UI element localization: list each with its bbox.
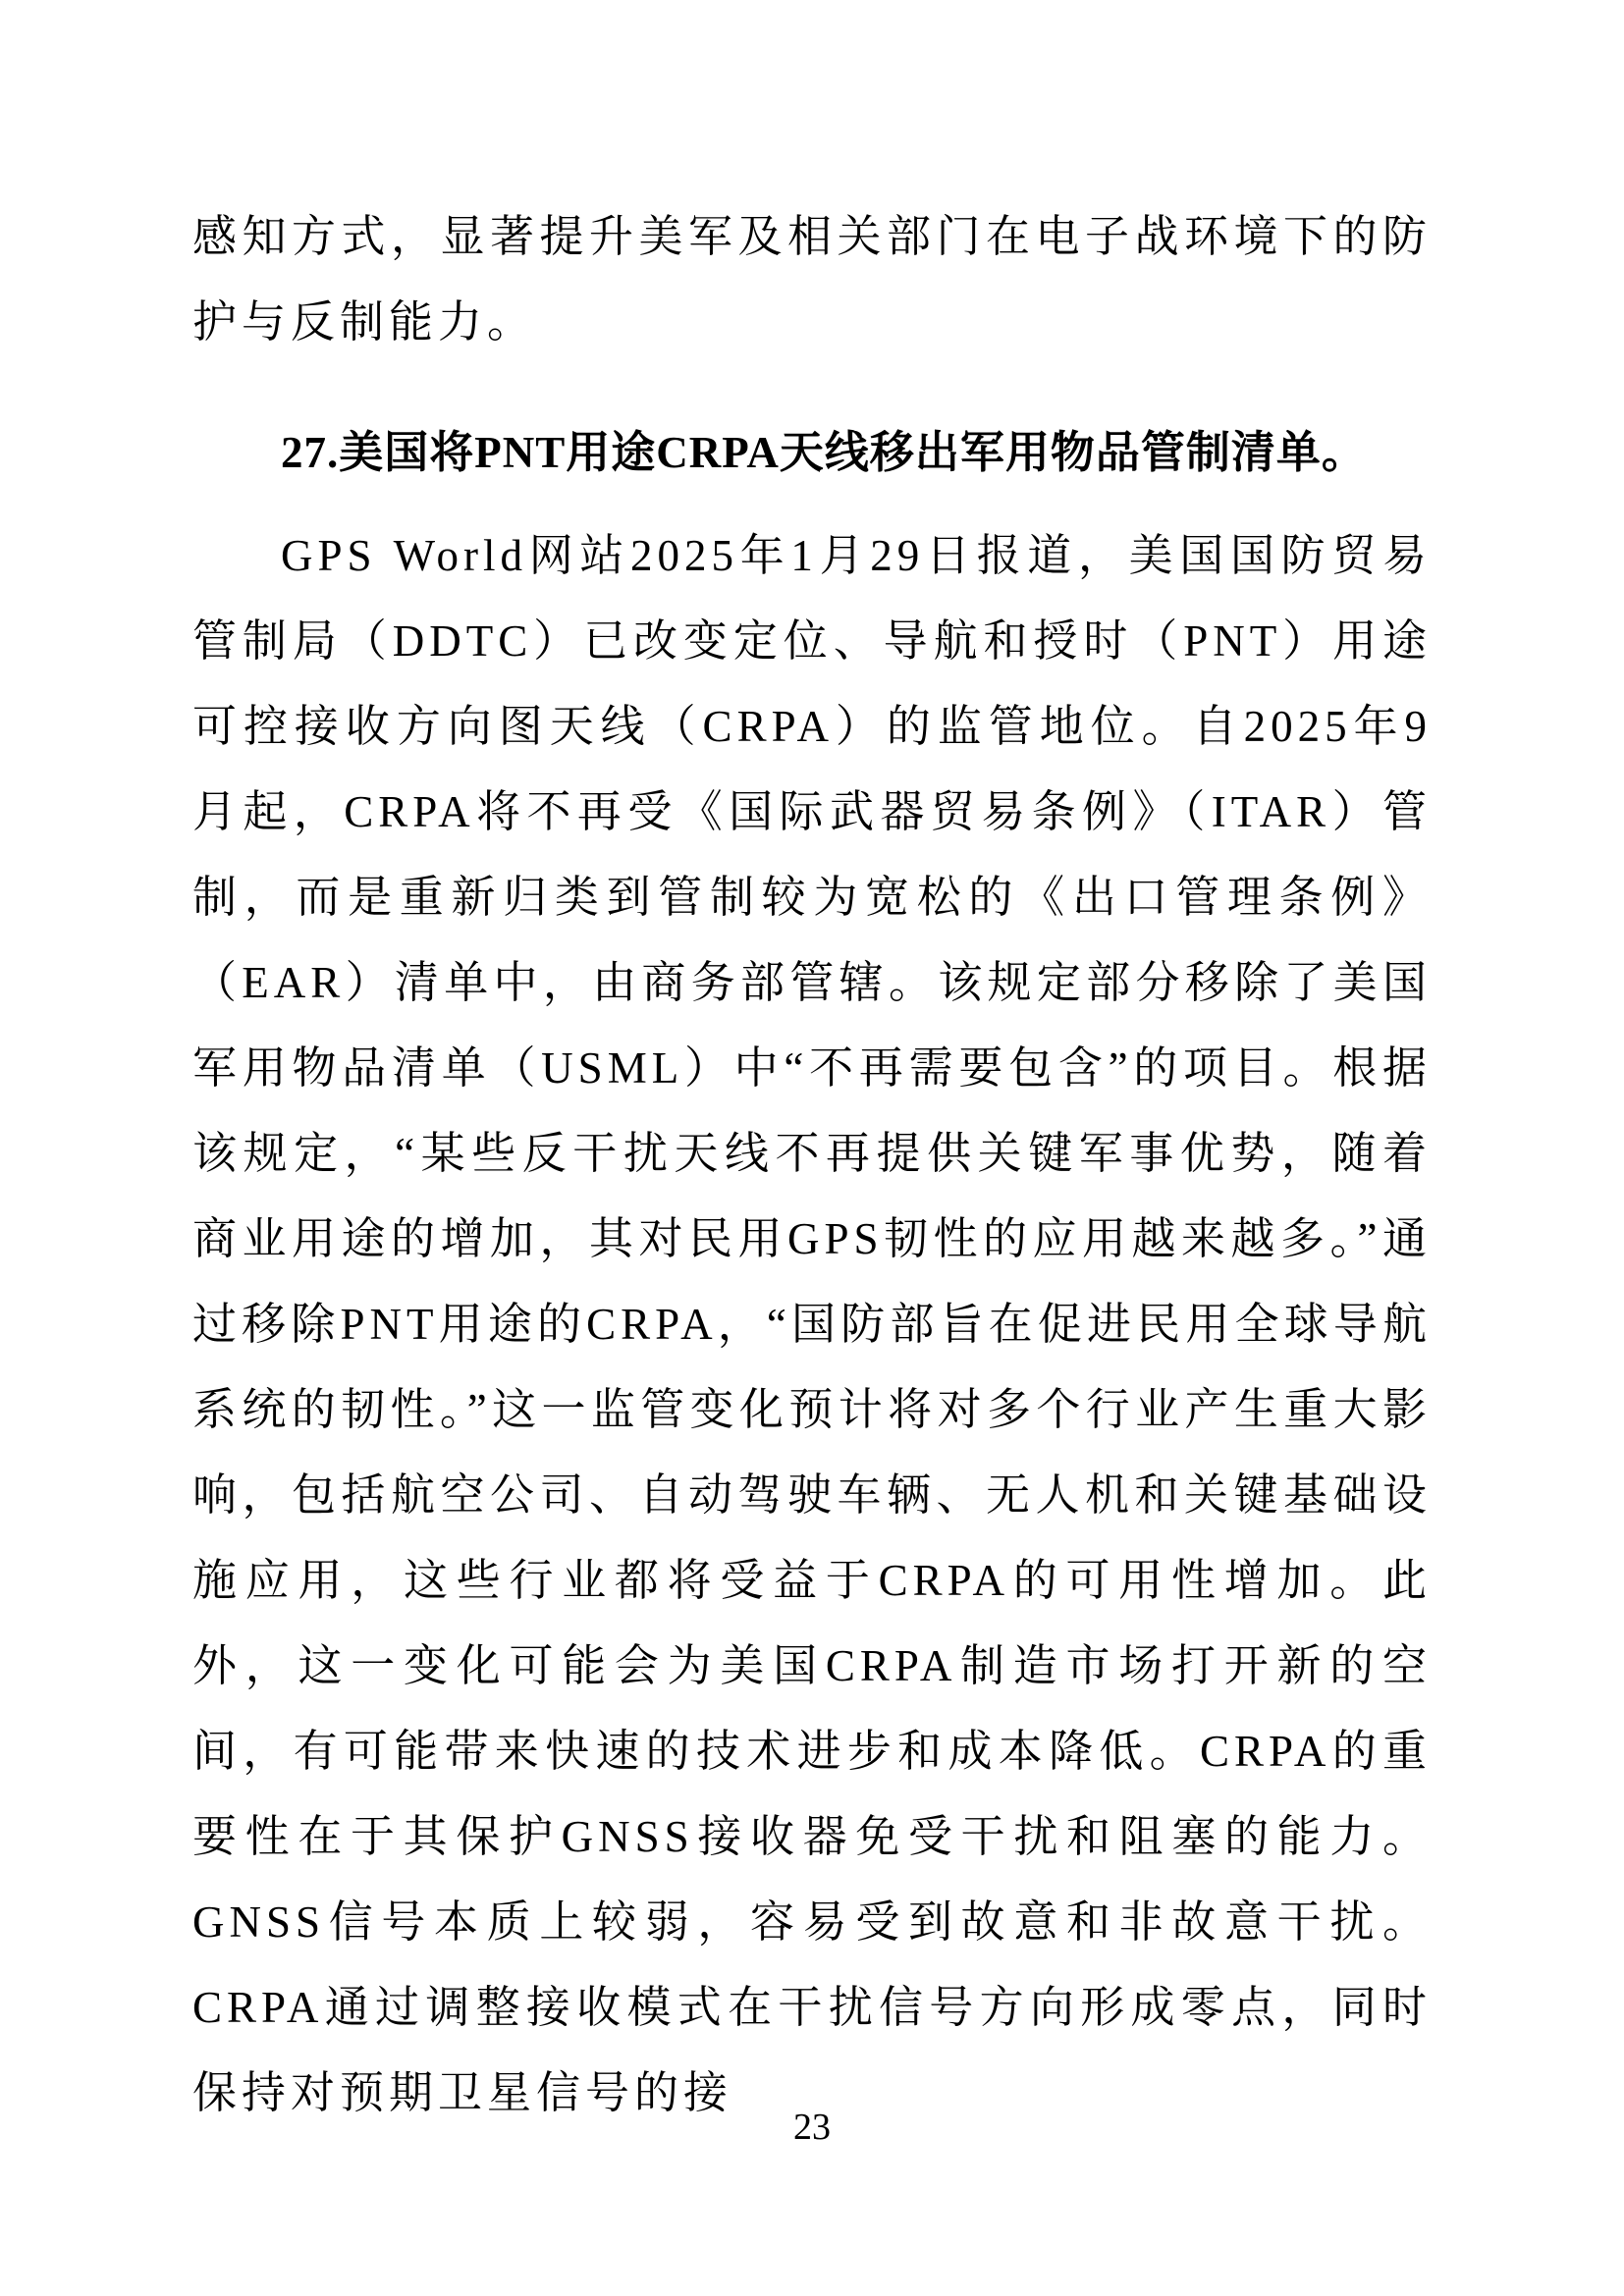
page-content: 感知方式，显著提升美军及相关部门在电子战环境下的防护与反制能力。 27.美国将P… — [192, 194, 1432, 2136]
section-heading: 27.美国将PNT用途CRPA天线移出军用物品管制清单。 — [192, 410, 1432, 496]
page-number: 23 — [0, 2106, 1624, 2149]
body-paragraph: GPS World网站2025年1月29日报道，美国国防贸易管制局（DDTC）已… — [192, 513, 1432, 2136]
document-page: 感知方式，显著提升美军及相关部门在电子战环境下的防护与反制能力。 27.美国将P… — [0, 0, 1624, 2296]
paragraph-continuation: 感知方式，显著提升美军及相关部门在电子战环境下的防护与反制能力。 — [192, 194, 1432, 365]
